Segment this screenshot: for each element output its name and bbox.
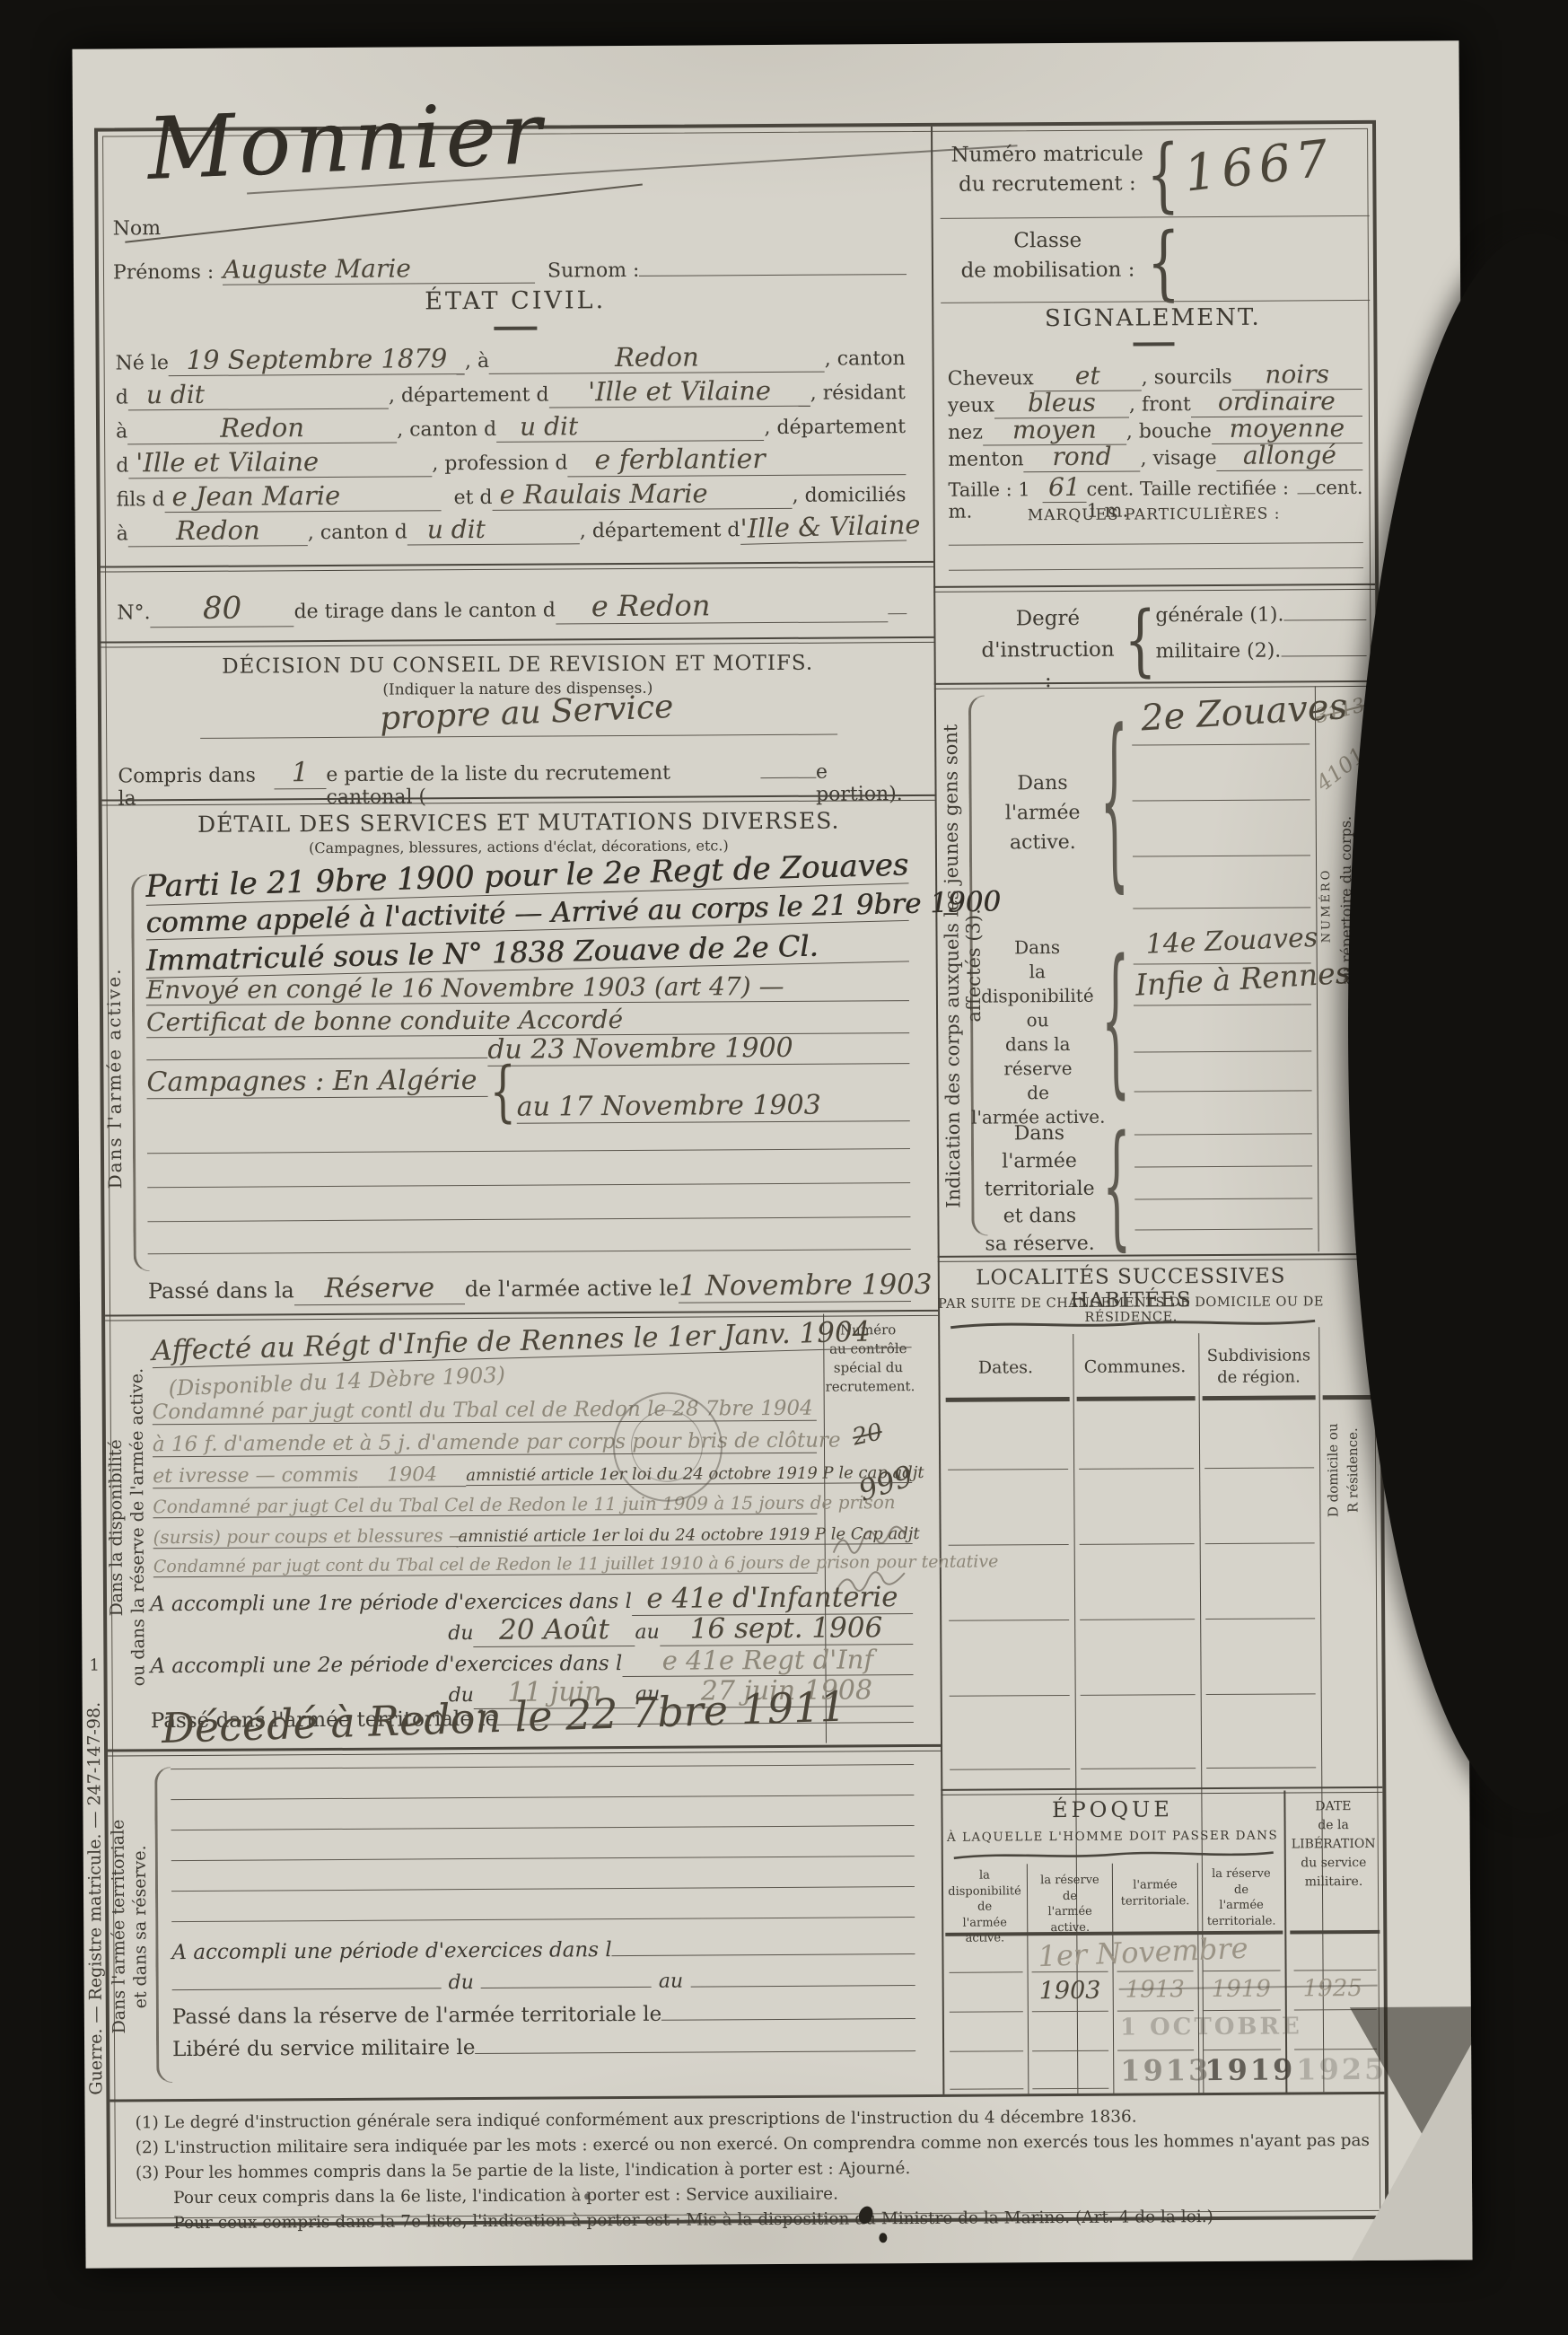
blank-line bbox=[1133, 907, 1310, 909]
etat-civil-title-dash bbox=[494, 327, 537, 330]
epoque-col3-header: l'armée territoriale. bbox=[1114, 1877, 1196, 1909]
passe-label: Passé dans la bbox=[148, 1277, 294, 1304]
territoriale-side-label-1: Dans l'armée territoriale bbox=[108, 1774, 131, 2079]
blank-line bbox=[1134, 1198, 1312, 1199]
blank-line bbox=[1134, 1004, 1311, 1005]
localites-col-subdivisions: Subdivisions de région. bbox=[1202, 1345, 1315, 1389]
footnote-2: (2) L'instruction militaire sera indiqué… bbox=[136, 2131, 1370, 2157]
menton-label: menton bbox=[948, 448, 1023, 471]
prenoms-row: Prénoms : Auguste Marie bbox=[113, 253, 535, 286]
corps-dispo-value-2: Infie à Rennes bbox=[1134, 955, 1352, 1003]
service-entry-7: Campagnes : En Algérie bbox=[146, 1065, 487, 1099]
line-label: à bbox=[116, 420, 127, 443]
line-label: , profession d bbox=[432, 452, 567, 475]
tirage-label: de tirage dans le canton d bbox=[293, 599, 555, 623]
visage-label: , visage bbox=[1141, 447, 1217, 470]
line-label: , canton d bbox=[397, 418, 496, 442]
dispo-entry-date: 1904 bbox=[358, 1463, 466, 1488]
tirage-number: 80 bbox=[150, 590, 293, 628]
localites-side-label-2: R résidence. bbox=[1344, 1354, 1363, 1587]
divider bbox=[101, 636, 933, 648]
territoriale-dates-row: du au bbox=[172, 1969, 915, 1996]
blank-line bbox=[661, 2018, 915, 2021]
blank-line bbox=[1135, 1228, 1313, 1230]
epoque-year-reserve-active: 1903 bbox=[1039, 1977, 1101, 2005]
blank-line bbox=[1284, 619, 1367, 621]
surnom-row: Surnom : bbox=[547, 258, 907, 282]
blank-line bbox=[1205, 1618, 1315, 1620]
etat-civil-line-3: à Redon , canton d u dit , département bbox=[116, 408, 906, 444]
blank-line bbox=[1117, 2050, 1194, 2051]
classe-label: Classe de mobilisation : bbox=[951, 225, 1144, 286]
blank-line bbox=[171, 1795, 914, 1800]
blank-line bbox=[1281, 655, 1366, 657]
blank-line bbox=[1081, 1768, 1196, 1769]
blank-line bbox=[171, 1886, 915, 1892]
epoque-stamp-month: 1 OCTOBRE bbox=[1120, 2013, 1302, 2041]
mother-name: e Raulais Marie bbox=[492, 478, 792, 511]
blank-line bbox=[1117, 1971, 1194, 1972]
surnom-label: Surnom : bbox=[547, 259, 640, 283]
blank-line bbox=[148, 1249, 911, 1254]
footnote-5: Pour ceux compris dans la 7e liste, l'in… bbox=[173, 2207, 1367, 2233]
blank-line bbox=[481, 1987, 652, 1988]
line-label: et d bbox=[442, 487, 493, 509]
ink-blot bbox=[584, 2193, 590, 2199]
service-entry-text: Envoyé en congé le 16 Novembre 1903 (art… bbox=[146, 970, 909, 1005]
blank-line bbox=[950, 1971, 1023, 1973]
footnote-1: (1) Le degré d'instruction générale sera… bbox=[136, 2106, 1370, 2132]
numero-controle-value-1: 20 bbox=[850, 1418, 885, 1451]
blank-line bbox=[950, 2050, 1023, 2052]
degre-generale-row: générale (1). bbox=[1155, 603, 1366, 627]
blank-line bbox=[949, 1544, 1069, 1546]
blank-line bbox=[949, 567, 1363, 571]
au-label: au bbox=[652, 1971, 690, 1993]
blank-line bbox=[950, 1769, 1070, 1770]
passe-reserve-row: Passé dans la Réserve de l'armée active … bbox=[148, 1268, 911, 1306]
localites-header-bar bbox=[1203, 1395, 1316, 1400]
blank-line bbox=[1079, 1468, 1194, 1470]
epoque-year-reserve-territoriale: 1919 bbox=[1212, 1976, 1271, 2003]
blank-line bbox=[1134, 1050, 1311, 1052]
etat-civil-title: ÉTAT CIVIL. bbox=[99, 285, 932, 318]
blank-line bbox=[1117, 2010, 1194, 2012]
deces-note: Décédé à Redon le 22 7bre 1911 bbox=[161, 1682, 846, 1753]
corps-territoriale-brace-glyph: { bbox=[1102, 1108, 1132, 1264]
blank-line bbox=[1294, 1970, 1377, 1971]
line-label: d bbox=[116, 386, 128, 408]
etat-civil-line-5: fils d e Jean Marie et d e Raulais Marie… bbox=[116, 477, 906, 513]
blank-line bbox=[1203, 2050, 1281, 2051]
blank-line bbox=[1134, 1165, 1312, 1167]
blank-line bbox=[475, 2050, 915, 2054]
degre-militaire-label: militaire (2). bbox=[1156, 640, 1282, 663]
epoque-title: ÉPOQUE bbox=[941, 1796, 1283, 1823]
blank-line bbox=[950, 2088, 1023, 2090]
line-label: Né le bbox=[116, 352, 169, 374]
blank-line bbox=[690, 1985, 915, 1988]
libere-label: Libéré du service militaire le bbox=[172, 2036, 476, 2061]
corps-side-label: Indication des corps auxquels les jeunes… bbox=[940, 692, 970, 1240]
blank-line bbox=[760, 777, 816, 778]
epoque-month-note: 1er Novembre bbox=[1038, 1931, 1248, 1974]
prenoms-label: Prénoms : bbox=[113, 261, 214, 285]
sourcils-label: , sourcils bbox=[1142, 366, 1232, 390]
dispo-entry-6: Condamné par jugt Cel du Tbal Cel de Red… bbox=[153, 1492, 817, 1519]
etat-civil-line-1: Né le 19 Septembre 1879 , à Redon , cant… bbox=[115, 340, 905, 376]
blank-line bbox=[950, 2011, 1023, 2013]
footnote-3: (3) Pour les hommes compris dans la 5e p… bbox=[136, 2156, 1370, 2182]
blank-line bbox=[1133, 855, 1310, 856]
signalement-title: SIGNALEMENT. bbox=[932, 303, 1373, 333]
corps-active-label: Dans l'armée active. bbox=[979, 768, 1106, 858]
blank-line bbox=[147, 1216, 910, 1222]
localites-col-communes: Communes. bbox=[1076, 1356, 1193, 1377]
dispo-entry-text: Condamné par jugt cont du Tbal cel de Re… bbox=[153, 1553, 818, 1578]
passe-date: 1 Novembre 1903 bbox=[679, 1268, 911, 1304]
footnote-4: Pour ceux compris dans la 6e liste, l'in… bbox=[173, 2181, 1367, 2208]
corps-territoriale-label: Dans l'armée territoriale et dans sa rés… bbox=[977, 1120, 1103, 1260]
decision-title: DÉCISION DU CONSEIL DE REVISION ET MOTIF… bbox=[101, 651, 934, 680]
signalement-title-dash bbox=[1133, 342, 1174, 346]
blank-line bbox=[147, 1182, 910, 1188]
au-label: au bbox=[635, 1621, 659, 1644]
blank-line bbox=[1133, 799, 1310, 801]
menton-value: rond bbox=[1023, 441, 1140, 472]
passe-label: Passé dans la réserve de l'armée territo… bbox=[172, 2003, 661, 2029]
divider bbox=[941, 1786, 1382, 1795]
campagnes-brace-glyph: { bbox=[489, 1052, 516, 1130]
localites-col-line-2 bbox=[1198, 1333, 1204, 2093]
line-label: , domiciliés bbox=[792, 484, 906, 507]
territoriale-periode-row: A accompli une période d'exercices dans … bbox=[171, 1936, 915, 1964]
blank-line bbox=[1032, 2088, 1108, 2090]
dispo-entry-2: (Disponible du 14 Dèbre 1903) bbox=[168, 1362, 505, 1400]
periode-label: A accompli une 2e période d'exercices da… bbox=[150, 1652, 622, 1678]
surnom-blank bbox=[639, 274, 907, 277]
degre-brace-glyph: { bbox=[1124, 595, 1156, 686]
line-label: , département bbox=[764, 416, 906, 439]
blank-line bbox=[1134, 1090, 1312, 1092]
line-label: d bbox=[116, 454, 128, 477]
profession: e ferblantier bbox=[567, 443, 906, 477]
blank-line bbox=[1032, 2011, 1108, 2013]
visage-value: allongé bbox=[1216, 440, 1362, 471]
dispo-entry-text: Affecté au Régt d'Infie de Rennes le 1er… bbox=[152, 1314, 912, 1368]
blank-line bbox=[1080, 1619, 1195, 1620]
etat-civil-line-6: à Redon , canton d u dit , département d… bbox=[117, 511, 907, 547]
yeux-label: yeux bbox=[948, 394, 994, 417]
territoriale-side-brace bbox=[154, 1767, 172, 2083]
dispo-entry-8: Condamné par jugt cont du Tbal cel de Re… bbox=[153, 1553, 818, 1578]
liste-partie: 1 bbox=[274, 757, 326, 789]
blank-line bbox=[1203, 2010, 1281, 2012]
epoque-header-bar bbox=[1290, 1930, 1380, 1935]
blank-line bbox=[1204, 1467, 1314, 1469]
blank-line bbox=[949, 1620, 1069, 1621]
blank-line bbox=[1203, 1971, 1281, 1972]
blank-line bbox=[171, 1917, 915, 1922]
footnotes-divider bbox=[109, 2092, 1384, 2102]
cheveux-label: Cheveux bbox=[948, 367, 1034, 391]
wavy-divider bbox=[952, 1848, 1275, 1861]
residence-canton: u dit bbox=[496, 410, 765, 443]
classe-brace-glyph: { bbox=[1147, 215, 1181, 310]
corps-active-brace-glyph: { bbox=[1099, 691, 1129, 910]
periode-date-debut: 20 Août bbox=[473, 1613, 635, 1647]
passe-destination: Réserve bbox=[294, 1272, 465, 1305]
dispo-entry-text: (sursis) pour coups et blessures — bbox=[153, 1524, 459, 1549]
margin-page-number: 1 bbox=[89, 1656, 100, 1675]
front-label: , front bbox=[1129, 393, 1191, 416]
page-corner-fold bbox=[1350, 2044, 1472, 2260]
epoque-col4-header: la réserve de l'armée territoriale. bbox=[1199, 1866, 1283, 1930]
signalement-row-4: menton rond , visage allongé bbox=[948, 440, 1362, 473]
degre-militaire-row: militaire (2). bbox=[1156, 639, 1367, 663]
cent-label: cent. bbox=[1316, 477, 1363, 498]
services-side-label: Dans l'armée active. bbox=[102, 876, 130, 1280]
etat-civil-line-2: d u dit , département d 'Ille et Vilaine… bbox=[116, 374, 906, 410]
tirage-row: N°. 80 de tirage dans le canton d e Redo… bbox=[117, 586, 907, 628]
birth-departement: 'Ille et Vilaine bbox=[548, 375, 810, 408]
periode-label: A accompli une 1re période d'exercices d… bbox=[150, 1590, 632, 1616]
line-label: , à bbox=[465, 350, 489, 373]
corps-dispo-label: Dans la disponibilité ou dans la réserve… bbox=[970, 935, 1106, 1130]
dispo-entry-1: Affecté au Régt d'Infie de Rennes le 1er… bbox=[152, 1314, 912, 1368]
blank-line bbox=[888, 613, 907, 614]
blank-line bbox=[146, 1058, 487, 1060]
nom-label: Nom bbox=[113, 217, 162, 240]
matricule-brace-glyph: { bbox=[1146, 127, 1180, 222]
blank-line bbox=[1205, 1542, 1315, 1544]
residence-departement: 'Ille et Vilaine bbox=[128, 445, 432, 478]
line-label: , département d bbox=[389, 384, 549, 408]
line-label: à bbox=[117, 522, 128, 545]
service-entry-6: du 23 Novembre 1900 bbox=[146, 1031, 909, 1068]
blank-line bbox=[1032, 1971, 1108, 1973]
periode-corps: e 41e Regt d'Inf bbox=[622, 1644, 913, 1677]
line-label: , canton bbox=[825, 347, 906, 371]
blank-line bbox=[171, 1825, 915, 1830]
parents-commune: Redon bbox=[128, 514, 308, 547]
localites-col-dates: Dates. bbox=[947, 1357, 1064, 1378]
epoque-stamp-1913: 1913 bbox=[1120, 2053, 1211, 2088]
nez-label: nez bbox=[948, 422, 983, 444]
epoque-stamp-1919: 1919 bbox=[1204, 2052, 1295, 2087]
nom-value: Monnier bbox=[145, 84, 547, 199]
parents-departement: 'Ille & Vilaine bbox=[740, 509, 907, 544]
birth-date: 19 Septembre 1879 bbox=[169, 343, 465, 376]
blank-line bbox=[949, 542, 1363, 546]
bouche-label: , bouche bbox=[1126, 420, 1212, 443]
residence-commune: Redon bbox=[127, 412, 397, 445]
line-label: , département d bbox=[580, 519, 740, 542]
blank-line bbox=[1206, 1767, 1316, 1769]
marques-label: MARQUES PARTICULIÈRES : bbox=[933, 505, 1375, 525]
matricule-label: Numéro matricule du recrutement : bbox=[950, 139, 1143, 200]
round-stamp-icon bbox=[631, 1409, 703, 1481]
degre-generale-label: générale (1). bbox=[1155, 604, 1283, 628]
divider bbox=[933, 584, 1375, 593]
periode-corps: e 41e d'Infanterie bbox=[632, 1581, 913, 1616]
blank-line bbox=[1206, 1693, 1316, 1695]
du-label: du bbox=[448, 1622, 473, 1645]
territoriale-side-label-2: et dans sa réserve. bbox=[129, 1774, 153, 2079]
dispo-entry-3: Condamné par jugt contl du Tbal cel de R… bbox=[153, 1397, 817, 1426]
periode-label: A accompli une période d'exercices dans … bbox=[171, 1938, 611, 1964]
blank-line bbox=[1080, 1543, 1195, 1545]
blank-line bbox=[1134, 1133, 1312, 1135]
epoque-year-liberation: 1925 bbox=[1303, 1975, 1362, 2002]
divider bbox=[101, 561, 933, 573]
passe-label: de l'armée active le bbox=[465, 1276, 679, 1302]
blank-line bbox=[1032, 2050, 1108, 2052]
matricule-value: 1667 bbox=[1181, 129, 1336, 204]
prenoms-value: Auguste Marie bbox=[223, 253, 535, 285]
dispo-entry-text: Condamné par jugt Cel du Tbal Cel de Red… bbox=[153, 1492, 817, 1519]
scanned-register-photo: Guerre. — Registre matricule. — 247-147-… bbox=[0, 0, 1568, 2335]
dispo-side-label-2: ou dans la réserve de l'armée active. bbox=[127, 1325, 151, 1729]
dispo-entry-7: (sursis) pour coups et blessures — amnis… bbox=[153, 1522, 913, 1549]
periode-date-fin: 16 sept. 1906 bbox=[660, 1611, 914, 1646]
parents-canton: u dit bbox=[407, 514, 580, 545]
tirage-label: N°. bbox=[117, 601, 150, 624]
epoque-date-col-label: DATE de la LIBÉRATION du service militai… bbox=[1285, 1797, 1381, 1892]
etat-civil-line-4: d 'Ille et Vilaine , profession d e ferb… bbox=[116, 443, 906, 479]
service-entry-8: au 17 Novembre 1903 bbox=[517, 1089, 910, 1124]
dispo-entry-5: et ivresse — commis 1904 amnistié articl… bbox=[153, 1461, 912, 1488]
localites-header-bar bbox=[946, 1397, 1070, 1402]
periode1-dates: du 20 Août au 16 sept. 1906 bbox=[448, 1611, 913, 1647]
corps-active-value: 2e Zouaves bbox=[1140, 686, 1348, 739]
blank-line bbox=[612, 1953, 915, 1956]
blank-line bbox=[950, 1695, 1070, 1697]
birth-place: Redon bbox=[489, 341, 825, 374]
du-label: du bbox=[442, 1971, 481, 1994]
dispo-entry-text: et ivresse — commis bbox=[153, 1464, 358, 1488]
service-entry-text: Campagnes : En Algérie bbox=[146, 1065, 487, 1099]
blank-line bbox=[948, 1469, 1068, 1470]
service-entry-text: au 17 Novembre 1903 bbox=[517, 1089, 910, 1124]
tirage-canton: e Redon bbox=[556, 587, 888, 624]
taille-value: 61 bbox=[1042, 472, 1086, 503]
line-label: fils d bbox=[116, 488, 164, 511]
territoriale-passe-row: Passé dans la réserve de l'armée territo… bbox=[172, 2001, 915, 2029]
corps-dispo-brace-glyph: { bbox=[1100, 926, 1130, 1114]
dispo-side-label-1: Dans la disponibilité bbox=[105, 1325, 129, 1729]
blank-line bbox=[1132, 743, 1310, 745]
service-entry-text: du 23 Novembre 1900 bbox=[487, 1031, 909, 1067]
blank-line bbox=[147, 1148, 910, 1154]
line-label: , résidant bbox=[810, 382, 906, 405]
wavy-divider bbox=[949, 1316, 1317, 1331]
blank-line bbox=[171, 1856, 915, 1861]
blank-line bbox=[1298, 493, 1316, 494]
ink-blot bbox=[879, 2233, 887, 2243]
birth-canton: u dit bbox=[128, 379, 389, 411]
father-name: e Jean Marie bbox=[164, 479, 441, 513]
decision-rule bbox=[200, 734, 837, 739]
localites-header-bar bbox=[1077, 1396, 1196, 1401]
corps-dispo-value-1: 14e Zouaves bbox=[1145, 922, 1318, 961]
blank-line bbox=[171, 1764, 914, 1769]
epoque-col2-header: la réserve de l'armée active. bbox=[1029, 1873, 1111, 1936]
blank-line bbox=[1081, 1694, 1196, 1696]
line-label: , canton d bbox=[308, 521, 407, 544]
service-entry-4: Envoyé en congé le 16 Novembre 1903 (art… bbox=[146, 970, 909, 1005]
form-border: Nom Monnier Prénoms : Auguste Marie Surn… bbox=[94, 120, 1388, 2227]
register-page: Guerre. — Registre matricule. — 247-147-… bbox=[72, 40, 1472, 2268]
blank-line bbox=[172, 1988, 442, 1990]
services-title: DÉTAIL DES SERVICES ET MUTATIONS DIVERSE… bbox=[102, 807, 935, 838]
libere-row: Libéré du service militaire le bbox=[172, 2033, 915, 2061]
localites-side-label-1: D domicile ou bbox=[1324, 1354, 1344, 1587]
amnistie-note: amnistié article 1er loi du 24 octobre 1… bbox=[459, 1524, 913, 1547]
localites-header-bar bbox=[1323, 1395, 1377, 1400]
dispo-entry-text: Condamné par jugt contl du Tbal cel de R… bbox=[153, 1397, 817, 1426]
epoque-subtitle: À LAQUELLE L'HOMME DOIT PASSER DANS bbox=[942, 1829, 1284, 1845]
